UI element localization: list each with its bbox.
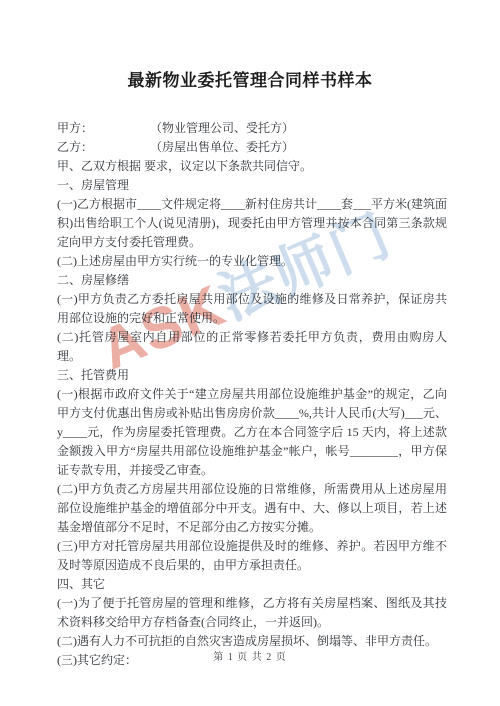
clause: (二)上述房屋由甲方实行统一的专业化管理。 [57, 252, 447, 271]
clause: (二)甲方负责乙方房屋共用部位设施的日常维修，所需费用从上述房屋用部位设施维护基… [57, 480, 447, 537]
section-heading: 一、房屋管理 [57, 176, 447, 195]
document-title: 最新物业委托管理合同样书样本 [0, 0, 500, 91]
clause: (一)甲方负责乙方委托房屋共用部位及设施的维修及日常养护，保证房共用部位设施的完… [57, 290, 447, 328]
clause: (二)托管房屋室内自用部位的正常零修若委托甲方负责，费用由购房人理。 [57, 328, 447, 366]
clause: (一)为了便于托管房屋的管理和维修，乙方将有关房屋档案、图纸及其技术资料移交给甲… [57, 594, 447, 632]
page-footer: 第 1 页 共 2 页 [0, 648, 500, 663]
section-heading: 三、托管费用 [57, 366, 447, 385]
party-note: （物业管理公司、受托方） [150, 119, 294, 138]
clause: (三)甲方对托管房屋共用部位设施提供及时的维修、养护。若因甲方维不及时等原因造成… [57, 537, 447, 575]
clause: (一)乙方根据市____文件规定将____新村住房共计____套___平方米(建… [57, 195, 447, 252]
party-label: 甲方： [57, 119, 150, 138]
section-heading: 四、其它 [57, 575, 447, 594]
section-heading: 二、房屋修缮 [57, 271, 447, 290]
intro-line: 甲、乙双方根据 要求，议定以下条款共同信守。 [57, 157, 447, 176]
party-row: 甲方：（物业管理公司、受托方） [57, 119, 447, 138]
clause: (一)根据市政府文件关于“建立房屋共用部位设施维护基金”的规定，乙向甲方支付优惠… [57, 385, 447, 480]
party-label: 乙方： [57, 138, 150, 157]
contract-body: 甲方：（物业管理公司、受托方）乙方：（房屋出售单位、委托方）甲、乙双方根据 要求… [0, 119, 500, 670]
document-page: ASK法师门 最新物业委托管理合同样书样本 甲方：（物业管理公司、受托方）乙方：… [0, 0, 500, 706]
party-row: 乙方：（房屋出售单位、委托方） [57, 138, 447, 157]
party-note: （房屋出售单位、委托方） [150, 138, 294, 157]
